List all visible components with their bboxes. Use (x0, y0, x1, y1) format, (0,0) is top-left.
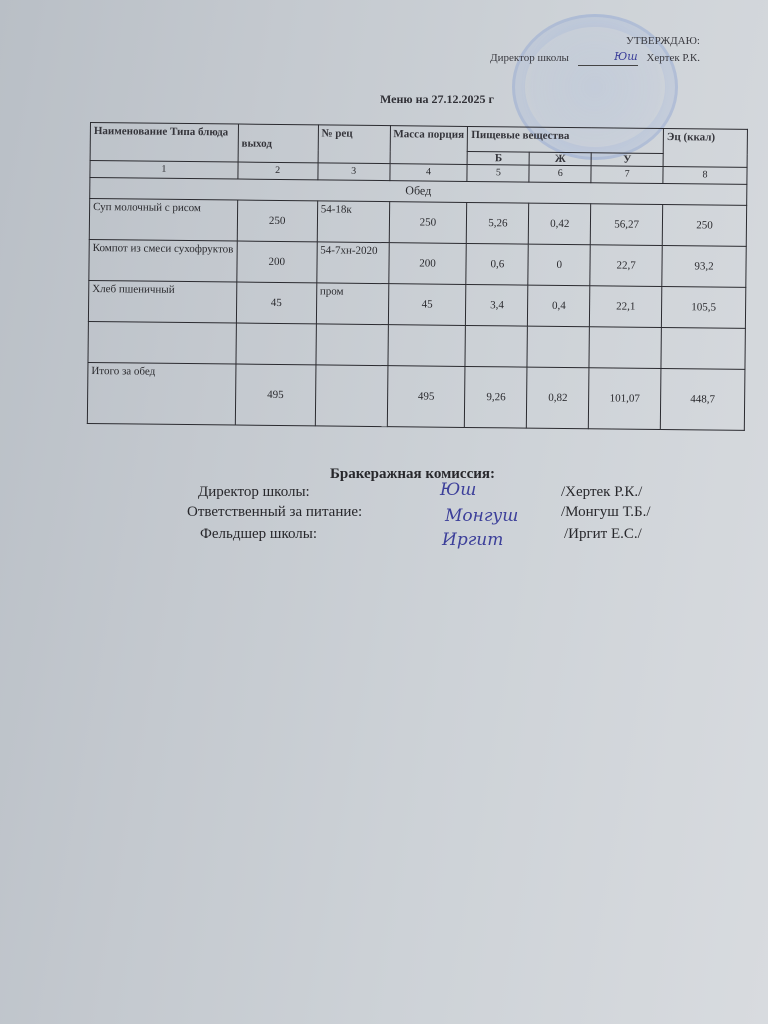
dish-yield: 200 (237, 241, 317, 283)
col-number: 7 (591, 166, 663, 184)
dish-protein: 3,4 (466, 284, 528, 326)
header-nutrients: Пищевые вещества (468, 126, 664, 153)
table-row: Хлеб пшеничный 45 пром 45 3,4 0,4 22,1 1… (88, 280, 745, 328)
approval-block: УТВЕРЖДАЮ: Директор школы Юш Хертек Р.К. (490, 34, 700, 66)
dish-fat: 0,4 (528, 285, 590, 327)
member-role: Фельдшер школы: (200, 526, 317, 543)
total-carbs: 101,07 (589, 368, 662, 430)
member-signature: Монгуш (445, 506, 518, 526)
dish-name: Суп молочный с рисом (89, 199, 237, 242)
dish-recipe: 54-18к (317, 201, 389, 243)
col-number: 6 (529, 165, 591, 183)
member-name: /Монгуш Т.Б./ (561, 504, 651, 521)
col-number: 1 (90, 161, 238, 180)
dish-energy: 93,2 (662, 246, 746, 288)
header-yield: выход (238, 124, 318, 163)
dish-mass: 200 (388, 243, 466, 285)
dish-recipe: 54-7хн-2020 (316, 242, 388, 284)
col-number: 8 (663, 167, 747, 185)
header-carbs: У (591, 153, 663, 167)
dish-name: Хлеб пшеничный (88, 280, 236, 323)
total-energy: 448,7 (660, 368, 745, 430)
total-label: Итого за обед (87, 362, 235, 425)
member-role: Ответственный за питание: (187, 504, 362, 521)
dish-carbs: 56,27 (590, 204, 662, 246)
signature-line: Юш (578, 49, 638, 66)
header-energy: Эц (ккал) (663, 129, 747, 168)
col-number: 5 (467, 164, 529, 182)
member-name: /Хертек Р.К./ (561, 484, 642, 501)
header-mass: Масса порция (390, 126, 468, 165)
commission-member: Фельдшер школы: Иргит /Иргит Е.С./ (0, 526, 768, 546)
dish-yield: 45 (236, 282, 316, 324)
total-recipe (315, 365, 388, 427)
header-name: Наименование Типа блюда (90, 123, 238, 163)
dish-protein: 5,26 (467, 202, 529, 244)
dish-carbs: 22,1 (590, 286, 662, 328)
table-row: Компот из смеси сухофруктов 200 54-7хн-2… (89, 239, 746, 287)
dish-fat: 0 (528, 244, 590, 286)
dish-protein: 0,6 (466, 243, 528, 285)
dish-name: Компот из смеси сухофруктов (89, 239, 237, 282)
col-number: 2 (238, 162, 318, 180)
dish-mass: 45 (388, 284, 466, 326)
dish-fat: 0,42 (529, 203, 591, 245)
approval-signature: Юш (614, 50, 638, 63)
commission-member: Директор школы: Юш /Хертек Р.К./ (0, 484, 768, 504)
member-role: Директор школы: (198, 484, 310, 501)
dish-energy: 105,5 (661, 286, 745, 328)
approval-label: УТВЕРЖДАЮ: (490, 34, 700, 49)
total-row: Итого за обед 495 495 9,26 0,82 101,07 4… (87, 362, 745, 430)
dish-energy: 250 (662, 205, 746, 247)
total-fat: 0,82 (527, 367, 590, 429)
approval-name: Хертек Р.К. (646, 52, 700, 64)
total-mass: 495 (387, 366, 466, 428)
member-signature: Иргит (442, 530, 503, 550)
dish-mass: 250 (389, 202, 467, 244)
header-protein: Б (468, 151, 530, 165)
dish-recipe: пром (316, 283, 388, 325)
commission-member: Ответственный за питание: Монгуш /Монгуш… (0, 504, 768, 524)
total-yield: 495 (235, 364, 315, 426)
total-protein: 9,26 (465, 366, 528, 428)
dish-carbs: 22,7 (590, 245, 662, 287)
dish-yield: 250 (237, 200, 317, 242)
table-row: Суп молочный с рисом 250 54-18к 250 5,26… (89, 199, 746, 247)
header-fat: Ж (529, 152, 591, 166)
col-number: 3 (318, 163, 390, 181)
member-signature: Юш (440, 480, 476, 500)
page-title: Меню на 27.12.2025 г (380, 92, 494, 107)
header-recipe: № рец (318, 125, 390, 164)
col-number: 4 (389, 164, 467, 182)
empty-row (88, 321, 745, 369)
menu-table: Наименование Типа блюда выход № рец Масс… (87, 122, 748, 431)
approval-position: Директор школы (490, 52, 569, 64)
member-name: /Иргит Е.С./ (564, 526, 642, 543)
